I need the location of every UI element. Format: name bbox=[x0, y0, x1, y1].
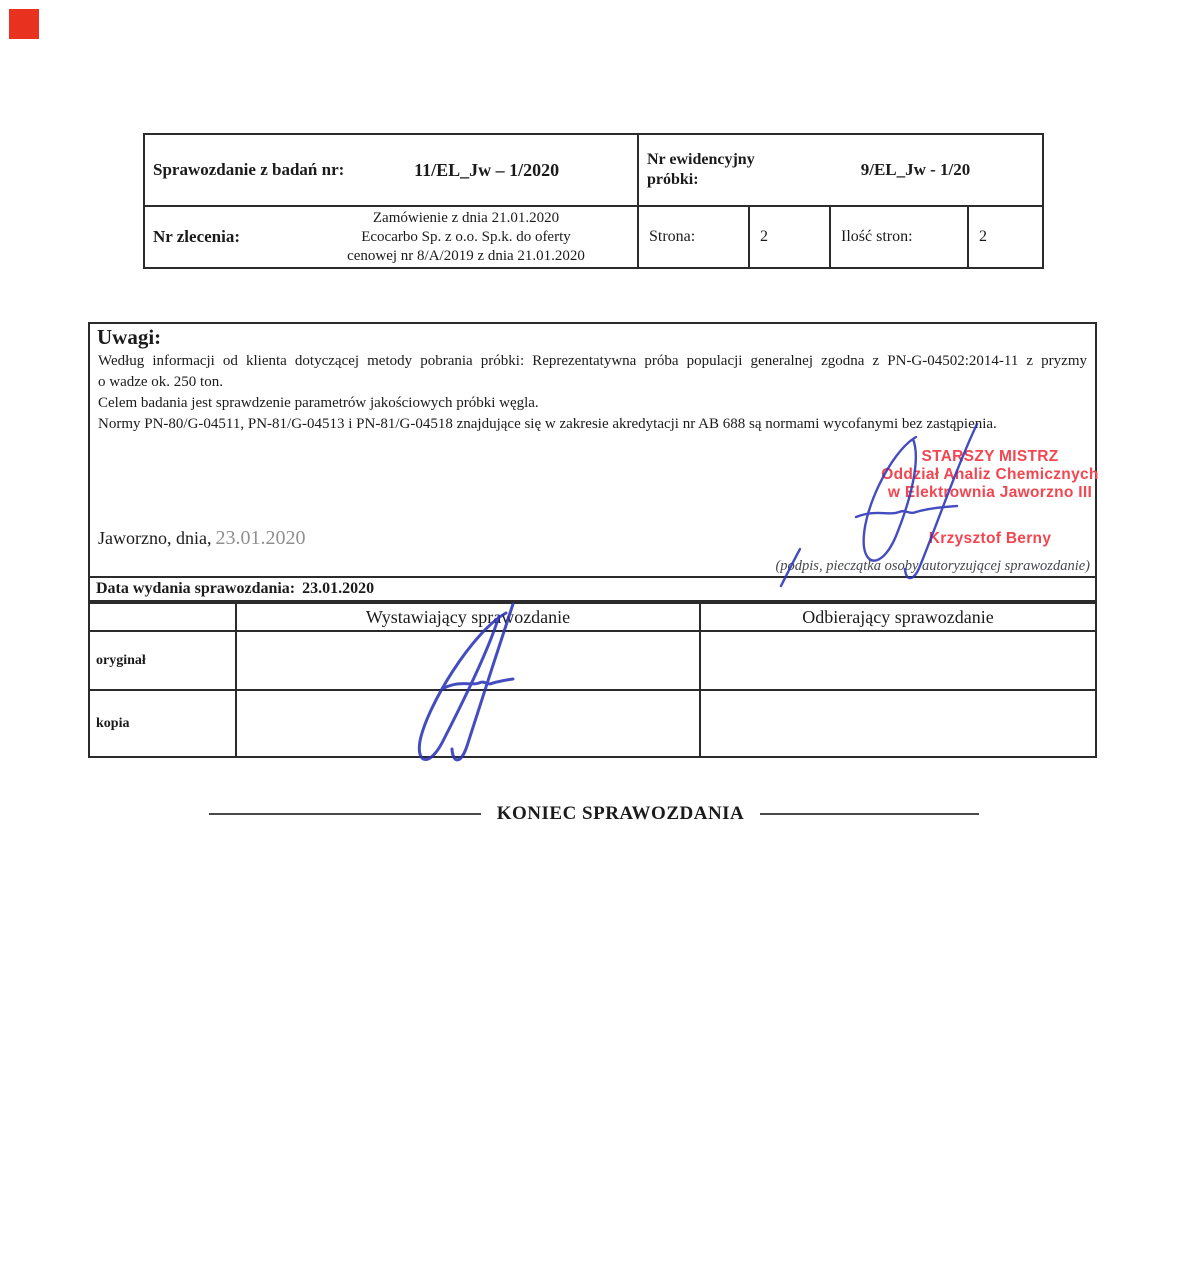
end-of-report-text: KONIEC SPRAWOZDANIA bbox=[497, 803, 745, 825]
issue-date-value: 23.01.2020 bbox=[302, 580, 374, 598]
remarks-line-2: o wadze ok. 250 ton. bbox=[98, 372, 1087, 393]
page-label-cell: Strona: bbox=[639, 207, 750, 267]
end-rule-right bbox=[760, 813, 979, 815]
signature-caption: (podpis, pieczątka osoby autoryzującej s… bbox=[775, 558, 1090, 575]
original-issuer-cell bbox=[237, 632, 701, 691]
original-receiver-cell bbox=[701, 632, 1095, 691]
issuer-header-cell: Wystawiający sprawozdanie bbox=[237, 604, 701, 632]
sample-number-cell: Nr ewidencyjny próbki: 9/EL_Jw - 1/20 bbox=[639, 135, 1042, 205]
stamp-person-name: Krzysztof Berny bbox=[790, 530, 1188, 548]
distribution-table: Wystawiający sprawozdanie Odbierający sp… bbox=[88, 602, 1097, 758]
stamp-title: STARSZY MISTRZ bbox=[790, 448, 1188, 466]
order-line-2: Ecocarbo Sp. z o.o. Sp.k. do oferty bbox=[361, 229, 571, 245]
stamp-department: Oddział Analiz Chemicznych bbox=[790, 466, 1188, 484]
total-pages-value-cell: 2 bbox=[969, 207, 1042, 267]
total-pages-label-cell: Ilość stron: bbox=[831, 207, 969, 267]
copy-receiver-cell bbox=[701, 691, 1095, 756]
issue-date-handwritten: 23.01.2020 bbox=[215, 527, 305, 549]
issue-date-row: Data wydania sprawozdania: 23.01.2020 bbox=[88, 578, 1097, 602]
original-row-label: oryginał bbox=[90, 632, 237, 691]
page-label: Strona: bbox=[649, 228, 695, 246]
dist-header-empty-cell bbox=[90, 604, 237, 632]
sample-number-label: Nr ewidencyjny próbki: bbox=[647, 150, 797, 190]
remarks-box: Uwagi: Według informacji od klienta doty… bbox=[88, 322, 1097, 578]
authorization-stamp: STARSZY MISTRZ Oddział Analiz Chemicznyc… bbox=[790, 448, 1188, 548]
remarks-body: Według informacji od klienta dotyczącej … bbox=[98, 351, 1087, 435]
page-value: 2 bbox=[760, 228, 768, 246]
end-of-report: KONIEC SPRAWOZDANIA bbox=[0, 803, 1188, 825]
place-date-label: Jaworzno, dnia bbox=[98, 528, 207, 548]
stamp-location: w Elektrownia Jaworzno III bbox=[790, 484, 1188, 502]
end-rule-left bbox=[209, 813, 481, 815]
remarks-line-4: Normy PN-80/G-04511, PN-81/G-04513 i PN-… bbox=[98, 414, 1087, 435]
issue-date-label: Data wydania sprawozdania: bbox=[96, 580, 295, 598]
remarks-line-3: Celem badania jest sprawdzenie parametró… bbox=[98, 393, 1087, 414]
red-marker-square bbox=[9, 9, 39, 39]
order-line-1: Zamówienie z dnia 21.01.2020 bbox=[373, 210, 559, 226]
copy-issuer-cell bbox=[237, 691, 701, 756]
order-description: Zamówienie z dnia 21.01.2020 Ecocarbo Sp… bbox=[303, 209, 629, 266]
sample-number-value: 9/EL_Jw - 1/20 bbox=[797, 160, 1034, 180]
remarks-title: Uwagi: bbox=[97, 325, 161, 350]
report-number-value: 11/EL_Jw – 1/2020 bbox=[344, 160, 629, 181]
page-value-cell: 2 bbox=[750, 207, 831, 267]
place-and-date: Jaworzno, dnia,​23.01.2020 bbox=[98, 527, 305, 550]
total-pages-label: Ilość stron: bbox=[841, 228, 913, 246]
order-line-3: cenowej nr 8/A/2019 z dnia 21.01.2020 bbox=[347, 248, 585, 264]
report-header-table: Sprawozdanie z badań nr: 11/EL_Jw – 1/20… bbox=[143, 133, 1044, 269]
order-number-cell: Nr zlecenia: Zamówienie z dnia 21.01.202… bbox=[145, 207, 639, 267]
header-row-2: Nr zlecenia: Zamówienie z dnia 21.01.202… bbox=[145, 207, 1042, 267]
copy-row-label: kopia bbox=[90, 691, 237, 756]
order-number-label: Nr zlecenia: bbox=[153, 227, 303, 247]
receiver-header-cell: Odbierający sprawozdanie bbox=[701, 604, 1095, 632]
total-pages-value: 2 bbox=[979, 228, 987, 246]
report-number-cell: Sprawozdanie z badań nr: 11/EL_Jw – 1/20… bbox=[145, 135, 639, 205]
remarks-line-1: Według informacji od klienta dotyczącej … bbox=[98, 351, 1087, 372]
report-number-label: Sprawozdanie z badań nr: bbox=[153, 160, 344, 180]
header-row-1: Sprawozdanie z badań nr: 11/EL_Jw – 1/20… bbox=[145, 135, 1042, 207]
